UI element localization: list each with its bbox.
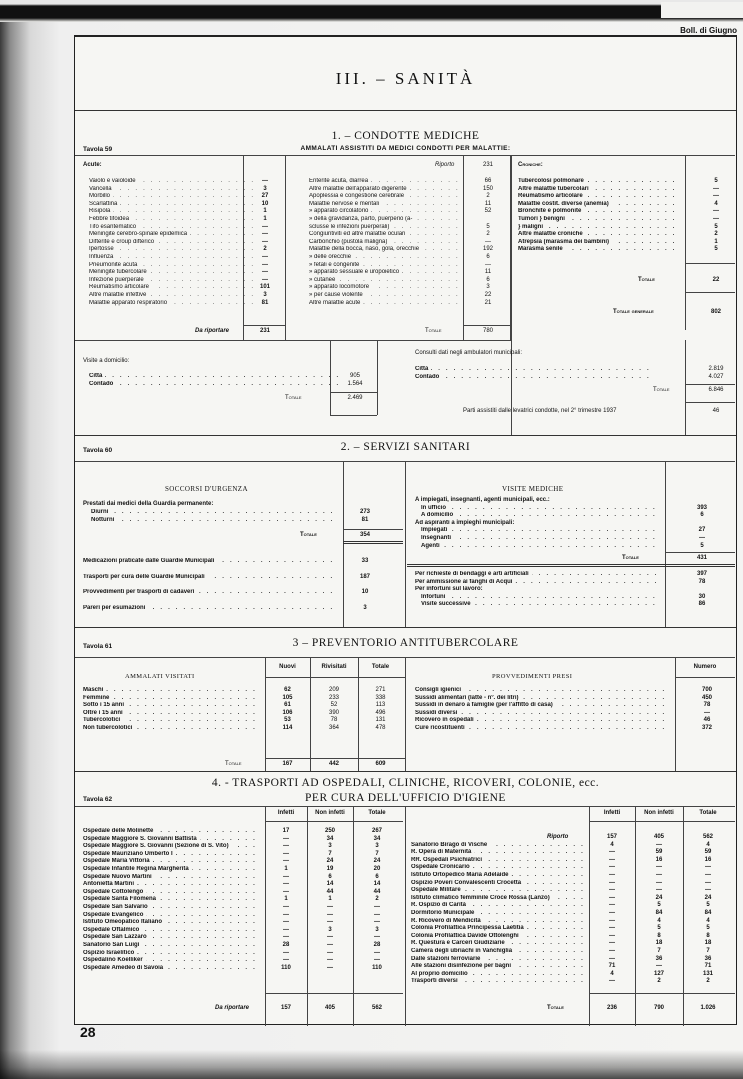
list-item: . . . . . . . . . . . . . . . . . . . . … [83, 874, 261, 882]
cell-value: — [595, 895, 629, 903]
section4-tavola: Tavola 62 [83, 796, 112, 803]
cell-value: — [595, 940, 629, 948]
page-frame: III. – SANITÀ 1. – CONDOTTE MEDICHE AMMA… [74, 35, 737, 1025]
cell-value: 33 [350, 558, 380, 566]
list-item: . . . . . . . . . . . . . . . . . . . . … [415, 579, 660, 587]
list-item: . . . . . . . . . . . . . . . . . . . . … [421, 594, 661, 602]
cell-value: 364 [315, 725, 353, 733]
consults-values: 2.8194.027 [701, 366, 731, 381]
list-item: . . . . . . . . . . . . . . . . . . . . … [89, 277, 259, 285]
list-item: . . . . . . . . . . . . . . . . . . . . … [518, 246, 678, 254]
medical-visits-table: VISITE MEDICHE A impiegati, insegnanti, … [407, 461, 735, 627]
consults-total-value: 6.846 [701, 387, 731, 395]
cell-value: 4 [595, 842, 629, 850]
list-item: . . . . . . . . . . . . . . . . . . . . … [309, 254, 459, 262]
list-item: . . . . . . . . . . . . . . . . . . . . … [83, 927, 261, 935]
cell-value: — [595, 918, 629, 926]
cell-value: 52 [473, 208, 503, 216]
column-header-totale: Totale [683, 810, 733, 816]
cell-value: — [250, 231, 280, 239]
measures-taken-heading: PROVVEDIMENTI PRESI [492, 673, 572, 680]
list-item: . . . . . . . . . . . . . . . . . . . . … [518, 193, 678, 201]
list-item: . . . . . . . . . . . . . . . . . . . . … [518, 224, 678, 232]
list-item: . . . . . . . . . . . . . . . . . . . . … [415, 366, 650, 374]
acute-table: Acute: . . . . . . . . . . . . . . . . .… [75, 155, 303, 340]
chronic-list: . . . . . . . . . . . . . . . . . . . . … [518, 178, 678, 254]
cell-value: — [270, 881, 302, 889]
right-totale-values: 45916————2458445818736711312 [689, 842, 727, 986]
cell-value: 21 [473, 300, 503, 308]
cell-value: — [473, 262, 503, 270]
cell-value: 1 [270, 866, 302, 874]
urgent-aid-values: 27381 [350, 509, 380, 524]
cell-value: 84 [641, 910, 677, 918]
cell-value: — [358, 950, 396, 958]
urgent-aid-table: SOCCORSI D'URGENZA Prestati dai medici d… [75, 461, 405, 627]
list-item: . . . . . . . . . . . . . . . . . . . . … [309, 277, 459, 285]
middle-carried-value: 231 [473, 162, 503, 170]
divider [75, 627, 736, 628]
cell-value: 393 [687, 505, 717, 513]
section1-subtitle: AMMALATI ASSISTITI DA MEDICI CONDOTTI PE… [75, 145, 736, 152]
cell-value: 150 [473, 186, 503, 194]
cell-value: 131 [363, 717, 398, 725]
cell-value: 187 [350, 574, 380, 582]
list-item: . . . . . . . . . . . . . . . . . . . . … [83, 836, 261, 844]
cell-value: 372 [692, 725, 722, 733]
list-item: . . . . . . . . . . . . . . . . . . . . … [415, 687, 670, 695]
cell-value: 34 [312, 836, 348, 844]
cell-value: — [358, 919, 396, 927]
list-item: . . . . . . . . . . . . . . . . . . . . … [83, 896, 261, 904]
left-carry-label: Da riportare [215, 1005, 249, 1013]
cell-value: — [270, 912, 302, 920]
list-item: . . . . . . . . . . . . . . . . . . . . … [411, 842, 585, 850]
list-item: . . . . . . . . . . . . . . . . . . . . … [518, 208, 678, 216]
cell-value: 4.027 [701, 374, 731, 382]
cell-value: 2 [641, 978, 677, 986]
cell-value: — [358, 912, 396, 920]
cell-value: 2 [473, 193, 503, 201]
home-visits-total-value: 2.469 [340, 395, 370, 403]
cell-value: — [689, 872, 727, 880]
cell-value: — [270, 874, 302, 882]
cell-value: 1 [312, 896, 348, 904]
cell-value: 86 [687, 601, 717, 609]
cell-value: — [270, 843, 302, 851]
list-item: . . . . . . . . . . . . . . . . . . . . … [91, 517, 336, 525]
cell-value: 61 [270, 702, 305, 710]
list-item: . . . . . . . . . . . . . . . . . . . . … [89, 239, 259, 247]
list-item: . . . . . . . . . . . . . . . . . . . . … [89, 246, 259, 254]
cell-value: 390 [315, 710, 353, 718]
patients-visited-heading: AMMALATI VISITATI [125, 673, 195, 680]
list-item: . . . . . . . . . . . . . . . . . . . . … [309, 284, 459, 292]
list-item: . . . . . . . . . . . . . . . . . . . . … [421, 505, 661, 513]
cell-value: 267 [358, 828, 396, 836]
cell-value: 36 [641, 956, 677, 964]
cell-value: 2 [701, 231, 731, 239]
acute-values: —3271011———2————101381 [250, 178, 280, 307]
cell-value: — [270, 836, 302, 844]
cell-value: 3 [358, 843, 396, 851]
list-item: . . . . . . . . . . . . . . . . . . . . … [415, 695, 670, 703]
cell-value: — [701, 216, 731, 224]
right-total-totale: 1.026 [689, 1005, 727, 1013]
cell-value: — [270, 927, 302, 935]
list-item: . . . . . . . . . . . . . . . . . . . . … [309, 246, 459, 254]
cell-value: — [312, 950, 348, 958]
cell-value: 6 [312, 874, 348, 882]
right-carried-totale: 562 [689, 834, 727, 842]
section1-tavola: Tavola 59 [83, 146, 112, 153]
right-carried-label: Riporto [547, 834, 568, 842]
cell-value: 46 [692, 717, 722, 725]
cell-value: 905 [340, 373, 370, 381]
transports-right-list: . . . . . . . . . . . . . . . . . . . . … [411, 842, 585, 986]
cell-value: 22 [473, 292, 503, 300]
cell-value: — [312, 919, 348, 927]
list-item: . . . . . . . . . . . . . . . . . . . . … [309, 239, 459, 247]
column-header-rivisitati: Rivisitati [310, 664, 358, 670]
cell-value: — [250, 224, 280, 232]
cell-value: — [595, 910, 629, 918]
cell-value: 101 [250, 284, 280, 292]
medical-visits-group2-label: Ad aspiranti a impieghi municipali: [415, 520, 514, 528]
cell-value: 2 [250, 246, 280, 254]
scan-bottom-edge [0, 1050, 743, 1079]
transports-left-table: Infetti Non infetti Totale . . . . . . .… [75, 806, 403, 1026]
cell-value: 110 [270, 965, 302, 973]
acute-carry-value: 231 [250, 328, 280, 336]
cell-value: 3 [250, 292, 280, 300]
urgent-aid-list: . . . . . . . . . . . . . . . . . . . . … [91, 509, 336, 524]
list-item: . . . . . . . . . . . . . . . . . . . . … [518, 201, 678, 209]
cell-value: 6 [473, 254, 503, 262]
cell-value: — [250, 254, 280, 262]
cell-value: — [641, 864, 677, 872]
cell-value: 28 [270, 942, 302, 950]
chronic-total-label: Totale [638, 277, 655, 285]
list-item: . . . . . . . . . . . . . . . . . . . . … [89, 269, 259, 277]
cell-value: 7 [641, 948, 677, 956]
medical-visits-total-value: 431 [687, 555, 717, 563]
measures-taken-values: 70045078—46372 [692, 687, 722, 733]
left-infetti-values: 17————1———1—————28——110 [270, 828, 302, 972]
cell-value: 7 [358, 851, 396, 859]
right-total-label: Totale [547, 1005, 564, 1013]
cell-value: 27 [250, 193, 280, 201]
cell-value: 3 [350, 605, 380, 613]
list-item: . . . . . . . . . . . . . . . . . . . . … [83, 710, 261, 718]
cell-value: 84 [689, 910, 727, 918]
cell-value [473, 216, 503, 224]
cell-value: 114 [270, 725, 305, 733]
list-item: . . . . . . . . . . . . . . . . . . . . … [83, 589, 338, 597]
list-item: . . . . . . . . . . . . . . . . . . . . … [518, 231, 678, 239]
list-item: . . . . . . . . . . . . . . . . . . . . … [83, 912, 261, 920]
cell-value: — [641, 872, 677, 880]
patients-visited-total-label: Totale [225, 761, 241, 769]
list-item: . . . . . . . . . . . . . . . . . . . . … [411, 864, 585, 872]
list-item: . . . . . . . . . . . . . . . . . . . . … [411, 887, 585, 895]
cell-value: 78 [687, 579, 717, 587]
cell-value: — [250, 277, 280, 285]
cell-value: — [270, 889, 302, 897]
list-item: . . . . . . . . . . . . . . . . . . . . … [83, 889, 261, 897]
list-item: . . . . . . . . . . . . . . . . . . . . … [89, 284, 259, 292]
chronic-heading: Croniche: [518, 162, 543, 170]
cell-value: 71 [595, 963, 629, 971]
cell-value: — [312, 934, 348, 942]
medical-visits-heading: VISITE MEDICHE [502, 485, 563, 493]
column-header-nuovi: Nuovi [265, 664, 310, 670]
cell-value: 5 [689, 902, 727, 910]
consults-heading: Consulti dati negli ambulatori municipal… [415, 350, 522, 358]
list-item: . . . . . . . . . . . . . . . . . . . . … [518, 186, 678, 194]
transports-left-list: . . . . . . . . . . . . . . . . . . . . … [83, 828, 261, 972]
middle-total-value: 780 [473, 328, 503, 336]
list-item: . . . . . . . . . . . . . . . . . . . . … [415, 374, 650, 382]
cell-value: 105 [270, 695, 305, 703]
home-visits-list: . . . . . . . . . . . . . . . . . . . . … [89, 373, 339, 388]
cell-value: 271 [363, 687, 398, 695]
home-visits-total-label: Totale [285, 395, 301, 403]
patients-visited-list: . . . . . . . . . . . . . . . . . . . . … [83, 687, 261, 733]
cell-value: 338 [363, 695, 398, 703]
cell-value: 192 [473, 246, 503, 254]
acute-heading: Acute: [83, 162, 102, 170]
cell-value: — [358, 934, 396, 942]
list-item: . . . . . . . . . . . . . . . . . . . . … [83, 843, 261, 851]
cell-value: 44 [358, 889, 396, 897]
cell-value: 3 [250, 186, 280, 194]
cell-value: 106 [270, 710, 305, 718]
cell-value: — [595, 902, 629, 910]
page-number: 28 [80, 1024, 96, 1040]
list-item: . . . . . . . . . . . . . . . . . . . . … [89, 292, 259, 300]
cell-value: 1 [270, 896, 302, 904]
medical-visits-group1-list: . . . . . . . . . . . . . . . . . . . . … [421, 505, 661, 520]
list-item: . . . . . . . . . . . . . . . . . . . . … [421, 601, 661, 609]
cell-value: 28 [358, 942, 396, 950]
cell-value: — [701, 186, 731, 194]
list-item: . . . . . . . . . . . . . . . . . . . . … [309, 224, 459, 232]
list-item: . . . . . . . . . . . . . . . . . . . . … [83, 605, 338, 613]
rivisitati-values: 2092335239078364 [315, 687, 353, 733]
list-item: . . . . . . . . . . . . . . . . . . . . … [89, 254, 259, 262]
cell-value: 450 [692, 695, 722, 703]
list-item: . . . . . . . . . . . . . . . . . . . . … [89, 300, 259, 308]
cell-value: — [689, 887, 727, 895]
cell-value: 5 [687, 543, 717, 551]
list-item: . . . . . . . . . . . . . . . . . . . . … [411, 956, 585, 964]
cell-value: 250 [312, 828, 348, 836]
cell-value: — [270, 934, 302, 942]
cell-value: — [250, 178, 280, 186]
cell-value: 78 [692, 702, 722, 710]
left-carry-non-infetti: 405 [312, 1005, 348, 1013]
divider [75, 435, 736, 436]
medical-visits-group3-list: . . . . . . . . . . . . . . . . . . . . … [421, 594, 661, 609]
cell-value: — [270, 919, 302, 927]
list-item: . . . . . . . . . . . . . . . . . . . . … [83, 904, 261, 912]
column-header-numero: Numero [675, 664, 735, 670]
list-item: . . . . . . . . . . . . . . . . . . . . … [309, 292, 459, 300]
nuovi-total: 167 [270, 761, 305, 769]
list-item: . . . . . . . . . . . . . . . . . . . . … [421, 535, 661, 543]
list-item: . . . . . . . . . . . . . . . . . . . . … [415, 702, 670, 710]
urgent-aid-other-values: 33187103 [350, 558, 380, 620]
cell-value: 52 [315, 702, 353, 710]
list-item: . . . . . . . . . . . . . . . . . . . . … [83, 717, 261, 725]
list-item: . . . . . . . . . . . . . . . . . . . . … [415, 710, 670, 718]
list-item: . . . . . . . . . . . . . . . . . . . . … [89, 373, 339, 381]
list-item: . . . . . . . . . . . . . . . . . . . . … [89, 178, 259, 186]
column-header-totale: Totale [353, 810, 401, 816]
cell-value: 59 [689, 849, 727, 857]
medical-visits-group2-values: 27—5 [687, 527, 717, 550]
cell-value: — [250, 239, 280, 247]
medical-visits-group2-list: . . . . . . . . . . . . . . . . . . . . … [421, 527, 661, 550]
cell-value: — [595, 956, 629, 964]
cell-value: — [270, 950, 302, 958]
list-item: . . . . . . . . . . . . . . . . . . . . … [421, 512, 661, 520]
list-item: . . . . . . . . . . . . . . . . . . . . … [309, 216, 459, 224]
list-item: . . . . . . . . . . . . . . . . . . . . … [411, 971, 585, 979]
medical-visits-group1-label: A impiegati, insegnanti, agenti municipa… [415, 497, 550, 505]
section4-title-line2: PER CURA DELL'UFFICIO D'IGIENE [75, 792, 736, 804]
divider [75, 771, 736, 772]
list-item: . . . . . . . . . . . . . . . . . . . . … [309, 262, 459, 270]
patients-visited-table: AMMALATI VISITATI Nuovi Rivisitati Total… [75, 657, 405, 771]
list-item: . . . . . . . . . . . . . . . . . . . . … [89, 381, 339, 389]
home-visits-values: 9051.564 [340, 373, 370, 388]
cell-value: — [641, 963, 677, 971]
list-item: . . . . . . . . . . . . . . . . . . . . … [83, 950, 261, 958]
middle-values: 661502115252—1926—11632221 [473, 178, 503, 307]
left-non-infetti-values: 25034372419614441———3————— [312, 828, 348, 972]
list-item: . . . . . . . . . . . . . . . . . . . . … [411, 902, 585, 910]
cell-value: 81 [250, 300, 280, 308]
acute-carry-label: Da riportare [195, 328, 229, 336]
chronic-values: 5——4——5215 [701, 178, 731, 254]
cell-value: — [641, 887, 677, 895]
left-totale-values: 26734372420614442———3—28——110 [358, 828, 396, 972]
cell-value: 3 [312, 843, 348, 851]
cell-value: 3 [312, 927, 348, 935]
totale-total: 609 [363, 761, 398, 769]
cell-value: — [270, 858, 302, 866]
chronic-table: Croniche: . . . . . . . . . . . . . . . … [513, 155, 735, 330]
cell-value: 131 [689, 971, 727, 979]
cell-value: — [312, 904, 348, 912]
list-item: . . . . . . . . . . . . . . . . . . . . … [421, 527, 661, 535]
list-item: . . . . . . . . . . . . . . . . . . . . … [411, 910, 585, 918]
column-header-non-infetti: Non infetti [635, 810, 683, 816]
list-item: . . . . . . . . . . . . . . . . . . . . … [309, 186, 459, 194]
cell-value: 34 [358, 836, 396, 844]
cell-value: 2 [473, 231, 503, 239]
cell-value: 5 [689, 925, 727, 933]
acute-list: . . . . . . . . . . . . . . . . . . . . … [89, 178, 259, 307]
cell-value: — [595, 925, 629, 933]
list-item: . . . . . . . . . . . . . . . . . . . . … [83, 934, 261, 942]
list-item: . . . . . . . . . . . . . . . . . . . . … [411, 978, 585, 986]
medical-visits-group3-values: 3086 [687, 594, 717, 609]
cell-value: 4 [689, 918, 727, 926]
list-item: . . . . . . . . . . . . . . . . . . . . … [411, 872, 585, 880]
cell-value: — [689, 880, 727, 888]
list-item: . . . . . . . . . . . . . . . . . . . . … [309, 208, 459, 216]
list-item: . . . . . . . . . . . . . . . . . . . . … [411, 849, 585, 857]
urgent-aid-total-label: Totale [300, 532, 317, 540]
cell-value: 27 [687, 527, 717, 535]
list-item: . . . . . . . . . . . . . . . . . . . . … [83, 558, 338, 566]
cell-value: 1 [250, 208, 280, 216]
middle-carried-label: Riporto [435, 162, 454, 170]
cell-value: 5 [701, 224, 731, 232]
medical-visits-other-list: . . . . . . . . . . . . . . . . . . . . … [415, 571, 660, 586]
right-total-non-infetti: 790 [641, 1005, 677, 1013]
section4-title-line1: 4. - TRASPORTI AD OSPEDALI, CLINICHE, RI… [75, 777, 736, 789]
scan-top-edge [0, 0, 743, 22]
cell-value: 2 [358, 896, 396, 904]
medical-visits-group1-values: 3936 [687, 505, 717, 520]
list-item: . . . . . . . . . . . . . . . . . . . . … [83, 574, 338, 582]
consults-list: . . . . . . . . . . . . . . . . . . . . … [415, 366, 650, 381]
cell-value: 14 [312, 881, 348, 889]
divider [75, 110, 736, 111]
totale-values: 271338113496131478 [363, 687, 398, 733]
list-item: . . . . . . . . . . . . . . . . . . . . … [83, 965, 261, 973]
list-item: . . . . . . . . . . . . . . . . . . . . … [411, 963, 585, 971]
cell-value: 6 [473, 277, 503, 285]
cell-value: 3 [358, 927, 396, 935]
cell-value: 700 [692, 687, 722, 695]
list-item: . . . . . . . . . . . . . . . . . . . . … [83, 858, 261, 866]
cell-value: 5 [641, 925, 677, 933]
list-item: . . . . . . . . . . . . . . . . . . . . … [83, 957, 261, 965]
births-value: 46 [701, 408, 731, 416]
cell-value: 3 [473, 284, 503, 292]
list-item: . . . . . . . . . . . . . . . . . . . . … [518, 216, 678, 224]
cell-value: — [689, 864, 727, 872]
column-header-totale: Totale [358, 664, 403, 670]
cell-value: 4 [689, 842, 727, 850]
list-item: . . . . . . . . . . . . . . . . . . . . … [411, 948, 585, 956]
list-item: . . . . . . . . . . . . . . . . . . . . … [421, 543, 661, 551]
left-carry-infetti: 157 [270, 1005, 302, 1013]
cell-value: 6 [358, 874, 396, 882]
cell-value: 273 [350, 509, 380, 517]
cell-value: 4 [701, 201, 731, 209]
acute-continued-table: Riporto 231 . . . . . . . . . . . . . . … [305, 155, 511, 340]
list-item: . . . . . . . . . . . . . . . . . . . . … [89, 216, 259, 224]
cell-value: — [701, 193, 731, 201]
column-header-infetti: Infetti [265, 810, 307, 816]
list-item: . . . . . . . . . . . . . . . . . . . . … [309, 193, 459, 201]
list-item: . . . . . . . . . . . . . . . . . . . . … [83, 828, 261, 836]
medical-visits-other-values: 39778 [687, 571, 717, 586]
section3-title: 3 – PREVENTORIO ANTITUBERCOLARE [75, 637, 736, 649]
cell-value: 30 [687, 594, 717, 602]
left-carry-totale: 562 [358, 1005, 396, 1013]
cell-value: — [641, 842, 677, 850]
cell-value: 127 [641, 971, 677, 979]
cell-value: — [312, 957, 348, 965]
cell-value: 19 [312, 866, 348, 874]
